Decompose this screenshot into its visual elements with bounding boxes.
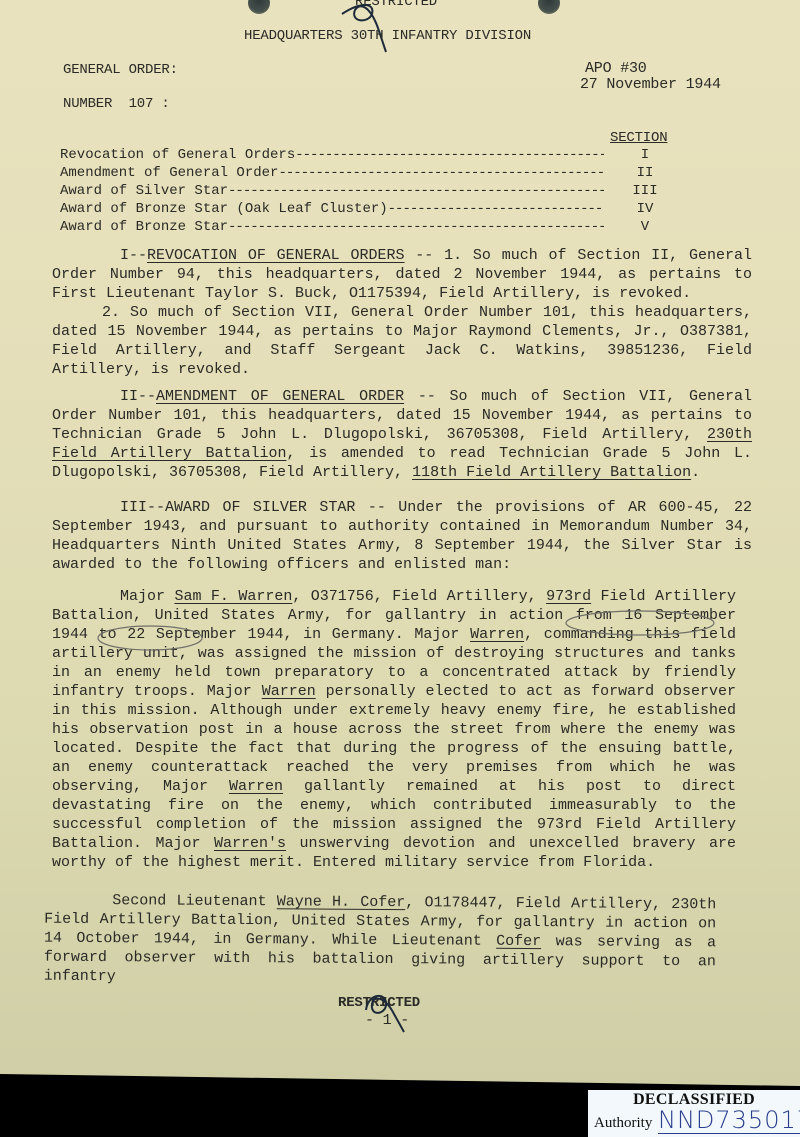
section-silver-star: III--AWARD OF SILVER STAR -- Under the p… (52, 498, 752, 574)
classification-marking-bottom: RESTRICTED (338, 995, 420, 1011)
order-number: NUMBER 107 : (63, 96, 170, 112)
order-date: 27 November 1944 (580, 76, 721, 93)
declassified-stamp: DECLASSIFIED Authority NND735017 (588, 1090, 800, 1137)
citation-warren: Major Sam F. Warren, O371756, Field Arti… (52, 587, 736, 872)
document-page: RESTRICTED HEADQUARTERS 30TH INFANTRY DI… (0, 0, 800, 1090)
general-order-label: GENERAL ORDER: (63, 62, 178, 78)
authority-value: NND735017 (658, 1107, 800, 1134)
citation-cofer: Second Lieutenant Wayne H. Cofer, O11784… (44, 891, 717, 991)
classification-marking-top: RESTRICTED (355, 0, 437, 10)
page-number: - 1 - (365, 1012, 409, 1029)
section-revocation: I--REVOCATION OF GENERAL ORDERS -- 1. So… (52, 246, 752, 379)
table-of-contents: Revocation of General Orders------------… (60, 146, 680, 236)
apo-number: APO #30 (585, 60, 647, 77)
section-title: REVOCATION OF GENERAL ORDERS (147, 247, 404, 264)
section-title: AWARD OF SILVER STAR (165, 499, 355, 516)
toc-section-heading: SECTION (610, 130, 667, 146)
toc-item: Amendment of General Order--------------… (60, 164, 680, 182)
toc-item: Revocation of General Orders------------… (60, 146, 680, 164)
section-amendment: II--AMENDMENT OF GENERAL ORDER -- So muc… (52, 387, 752, 482)
toc-item: Award of Bronze Star--------------------… (60, 218, 680, 236)
headquarters-heading: HEADQUARTERS 30TH INFANTRY DIVISION (244, 28, 531, 44)
punch-hole (248, 0, 270, 14)
recipient-name: Wayne H. Cofer (277, 893, 406, 911)
recipient-name: Sam F. Warren (174, 588, 292, 605)
toc-item: Award of Silver Star--------------------… (60, 182, 680, 200)
toc-item: Award of Bronze Star (Oak Leaf Cluster)-… (60, 200, 680, 218)
authority-label: Authority (594, 1115, 652, 1132)
punch-hole (538, 0, 560, 14)
section-title: AMENDMENT OF GENERAL ORDER (156, 388, 404, 405)
